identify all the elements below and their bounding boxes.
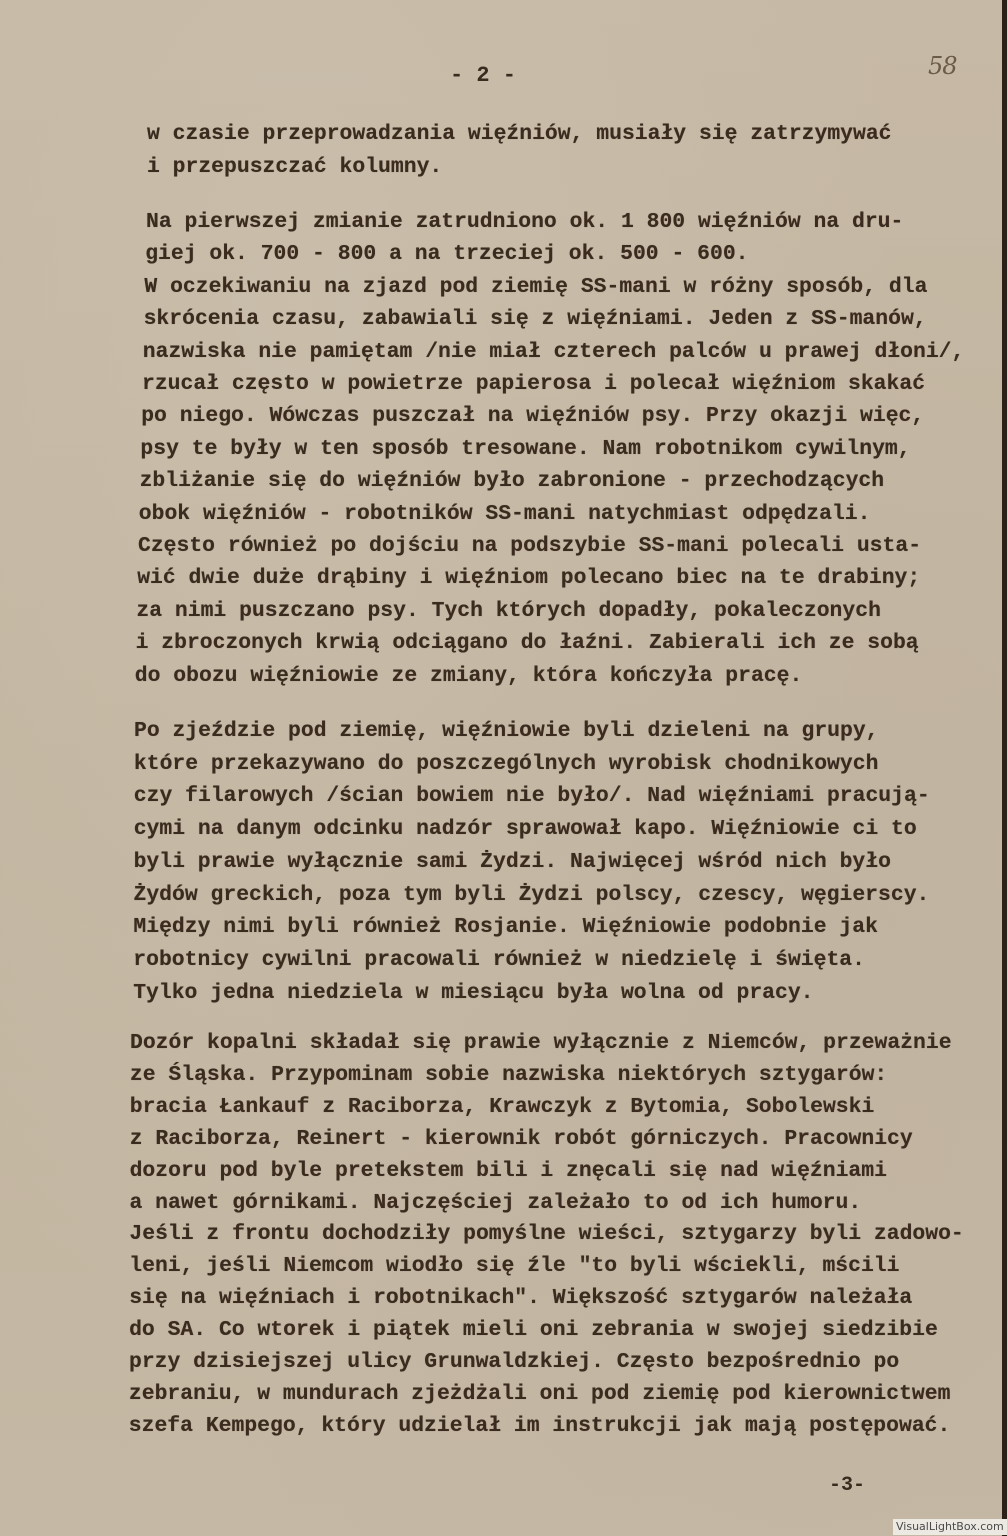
text-line: skrócenia czasu, zabawiali się z więźnia… <box>144 309 927 330</box>
text-line: Po zjeździe pod ziemię, więźniowie byli … <box>134 721 879 742</box>
text-line: zebraniu, w mundurach zjeżdżali oni pod … <box>129 1384 951 1405</box>
page-edge-border <box>1002 0 1007 1536</box>
text-line: cymi na danym odcinku nadzór sprawował k… <box>134 819 917 840</box>
text-line: Na pierwszej zmianie zatrudniono ok. 1 8… <box>146 212 903 233</box>
text-line: Między nimi byli również Rosjanie. Więźn… <box>133 917 878 938</box>
text-line: z Raciborza, Reinert - kierownik robót g… <box>130 1129 913 1150</box>
text-line: się na więźniach i robotnikach". Większo… <box>129 1288 912 1309</box>
text-line: obok więźniów - robotników SS-mani natyc… <box>139 504 871 525</box>
next-page-marker: -3- <box>829 1474 865 1497</box>
text-line: Często również po dojściu na podszybie S… <box>138 536 921 557</box>
text-line: nazwiska nie pamiętam /nie miał czterech… <box>143 342 965 363</box>
text-line: robotnicy cywilni pracowali również w ni… <box>133 950 865 971</box>
text-line: Tylko jedna niedziela w miesiącu była wo… <box>133 983 813 1004</box>
text-line: za nimi puszczano psy. Tych których dopa… <box>136 601 881 622</box>
text-line: czy filarowych /ścian bowiem nie było/. … <box>134 786 930 807</box>
text-line: dozoru pod byle pretekstem bili i znęcal… <box>130 1161 887 1182</box>
text-line: wić dwie duże drąbiny i więźniom polecan… <box>137 568 920 589</box>
handwritten-folio-number: 58 <box>928 52 957 80</box>
text-line: i przepuszczać kolumny. <box>147 157 442 178</box>
page-number: - 2 - <box>450 63 516 88</box>
text-line: szefa Kempego, który udzielał im instruk… <box>129 1416 951 1437</box>
text-line: bracia Łankauf z Raciborza, Krawczyk z B… <box>130 1097 875 1118</box>
text-line: zbliżanie się do więźniów było zabronion… <box>140 471 885 492</box>
text-line: byli prawie wyłącznie sami Żydzi. Najwię… <box>134 852 891 873</box>
text-line: rzucał często w powietrze papierosa i po… <box>142 374 925 395</box>
text-line: giej ok. 700 - 800 a na trzeciej ok. 500… <box>145 244 748 265</box>
text-line: które przekazywano do poszczególnych wyr… <box>134 754 879 775</box>
text-line: a nawet górnikami. Najczęściej zależało … <box>130 1193 862 1214</box>
text-line: do SA. Co wtorek i piątek mieli oni zebr… <box>129 1320 938 1341</box>
watermark: VisualLightBox.com <box>893 1519 1007 1535</box>
text-line: do obozu więźniowie ze zmiany, która koń… <box>135 666 803 687</box>
text-line: ze Śląska. Przypominam sobie nazwiska ni… <box>130 1065 887 1086</box>
text-line: W oczekiwaniu na zjazd pod ziemię SS-man… <box>144 277 927 298</box>
text-line: przy dzisiejszej ulicy Grunwaldzkiej. Cz… <box>129 1352 899 1373</box>
text-line: po niego. Wówczas puszczał na więźniów p… <box>141 406 924 427</box>
text-line: leni, jeśli Niemcom wiodło się źle "to b… <box>129 1256 899 1277</box>
typewritten-page: - 2 - 58 w czasie przeprowadzania więźni… <box>0 0 1002 1536</box>
text-line: Jeśli z frontu dochodziły pomyślne wieśc… <box>129 1224 963 1245</box>
text-line: w czasie przeprowadzania więźniów, musia… <box>147 124 892 145</box>
text-line: Dozór kopalni składał się prawie wyłączn… <box>130 1033 952 1054</box>
text-line: psy te były w ten sposób tresowane. Nam … <box>140 439 910 460</box>
text-line: Żydów greckich, poza tym byli Żydzi pols… <box>134 885 930 906</box>
text-line: i zbroczonych krwią odciągano do łaźni. … <box>136 633 919 654</box>
